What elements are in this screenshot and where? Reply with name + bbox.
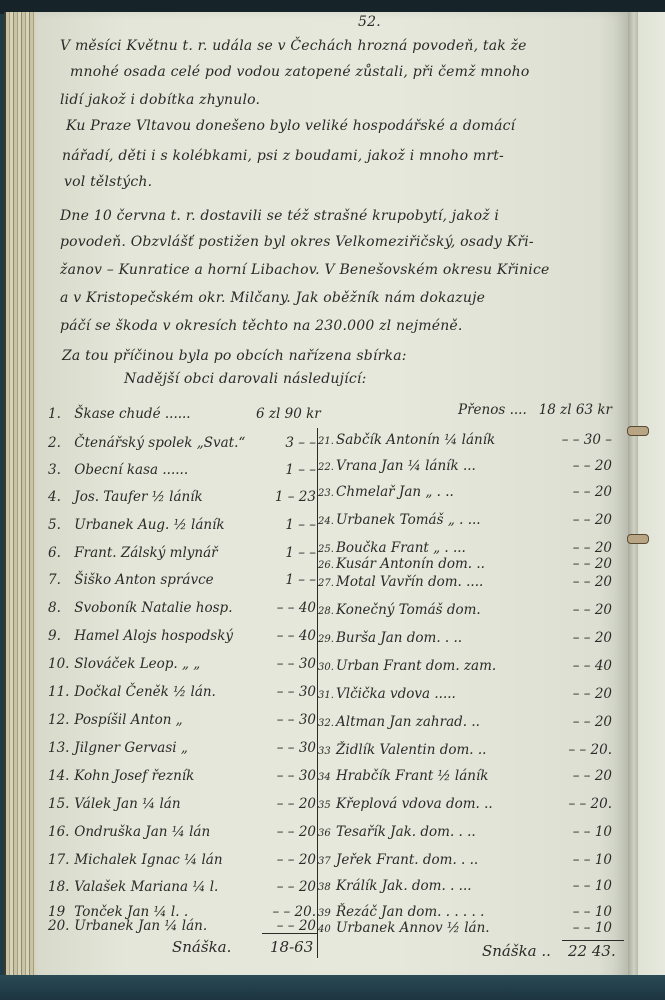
donor-row: 29.Burša Jan dom. . ..– – 20 bbox=[318, 630, 618, 652]
donor-row: 37Jeřek Frant. dom. . ..– – 10 bbox=[318, 852, 618, 874]
right-total-amount: 22 43. bbox=[568, 942, 616, 960]
sum-underline bbox=[262, 933, 318, 934]
donor-row: 1. Škase chudé ......6 zl 90 kr bbox=[48, 406, 318, 428]
donor-row: 10. Slováček Leop. „ „– – 30 bbox=[48, 656, 318, 678]
donor-row: 15. Válek Jan ¼ lán– – 20 bbox=[48, 796, 318, 818]
paragraph-line: Dne 10 června t. r. dostavili se též str… bbox=[60, 208, 499, 224]
donor-row: 28.Konečný Tomáš dom.– – 20 bbox=[318, 602, 618, 624]
donor-row: 17. Michalek Ignac ¼ lán– – 20 bbox=[48, 852, 318, 874]
book-spine bbox=[628, 12, 638, 980]
donor-row: 18. Valašek Mariana ¼ l.– – 20 bbox=[48, 879, 318, 901]
left-total-amount: 18-63 bbox=[270, 938, 313, 956]
paragraph-line: lidí jakož i dobítka zhynulo. bbox=[60, 92, 260, 108]
binding-stitch bbox=[627, 426, 649, 436]
donor-row: 4. Jos. Taufer ½ láník1 – 23 bbox=[48, 489, 318, 511]
donor-row: 23.Chmelař Jan „ . ..– – 20 bbox=[318, 484, 618, 506]
paragraph-line: žanov – Kunratice a horní Libachov. V Be… bbox=[60, 262, 550, 278]
donor-row: 34Hrabčík Frant ½ láník– – 20 bbox=[318, 768, 618, 790]
donor-row: 36Tesařík Jak. dom. . ..– – 10 bbox=[318, 824, 618, 846]
paragraph-line: a v Kristopečském okr. Milčany. Jak oběž… bbox=[60, 290, 485, 306]
donor-row: 27.Motal Vavřín dom. ....– – 20 bbox=[318, 574, 618, 596]
paragraph-line: mnohé osada celé pod vodou zatopené zůst… bbox=[70, 64, 530, 80]
donor-row: 24.Urbanek Tomáš „ . ...– – 20 bbox=[318, 512, 618, 534]
donor-row: 16. Ondruška Jan ¼ lán– – 20 bbox=[48, 824, 318, 846]
donor-row: 5. Urbanek Aug. ½ láník1 – – bbox=[48, 517, 318, 539]
donor-row: 22.Vrana Jan ¼ láník ...– – 20 bbox=[318, 458, 618, 480]
paragraph-line: vol tělstých. bbox=[64, 174, 152, 190]
donor-row: 3. Obecní kasa ......1 – – bbox=[48, 462, 318, 484]
donor-row: 30.Urban Frant dom. zam.– – 40 bbox=[318, 658, 618, 680]
donor-row: 31.Vlčička vdova .....– – 20 bbox=[318, 686, 618, 708]
donor-row: 7. Šiško Anton správce1 – – bbox=[48, 572, 318, 594]
background-bottom bbox=[0, 975, 665, 1000]
donor-row: 20. Urbanek Jan ¼ lán.– – 20 bbox=[48, 918, 318, 940]
right-total-label: Snáška .. bbox=[482, 942, 551, 960]
donor-row: 11. Dočkal Čeněk ½ lán.– – 30 bbox=[48, 684, 318, 706]
donor-row: 8. Svoboník Natalie hosp.– – 40 bbox=[48, 600, 318, 622]
donor-row: 14. Kohn Josef řezník– – 30 bbox=[48, 768, 318, 790]
page-number: 52. bbox=[358, 14, 381, 30]
paragraph-line: nářadí, děti i s kolébkami, psi z boudam… bbox=[62, 148, 504, 164]
donor-row: 40Urbanek Annov ½ lán.– – 10 bbox=[318, 920, 618, 942]
paragraph-line: páčí se škoda v okresích těchto na 230.0… bbox=[60, 318, 463, 334]
donor-row: 21.Sabčík Antonín ¼ láník– – 30 – bbox=[318, 432, 618, 454]
donor-row: 35Křeplová vdova dom. ..– – 20. bbox=[318, 796, 618, 818]
paragraph-line: Ku Praze Vltavou donešeno bylo veliké ho… bbox=[66, 118, 515, 134]
binding-stitch bbox=[627, 534, 649, 544]
paragraph-line: povodeň. Obzvlášť postižen byl okres Vel… bbox=[60, 234, 534, 250]
donor-row: 13. Jilgner Gervasi „– – 30 bbox=[48, 740, 318, 762]
paragraph-line: V měsíci Květnu t. r. udála se v Čechách… bbox=[60, 38, 527, 54]
paragraph-line: Za tou příčinou byla po obcích nařízena … bbox=[62, 348, 407, 364]
list-heading: Nadější obci darovali následující: bbox=[124, 371, 367, 387]
donor-row: 38Králík Jak. dom. . ...– – 10 bbox=[318, 878, 618, 900]
donor-row: 32.Altman Jan zahrad. ..– – 20 bbox=[318, 714, 618, 736]
book-page-edges bbox=[4, 12, 40, 982]
carry-forward-row: Přenos ....18 zl 63 kr bbox=[318, 402, 618, 424]
donor-row: 12. Pospíšil Anton „– – 30 bbox=[48, 712, 318, 734]
next-page-edge bbox=[638, 12, 665, 980]
sum-underline bbox=[562, 940, 624, 941]
left-total-label: Snáška. bbox=[172, 938, 231, 956]
donor-row: 33Židlík Valentin dom. ..– – 20. bbox=[318, 742, 618, 764]
donor-row: 6. Frant. Zálský mlynář1 – – bbox=[48, 545, 318, 567]
donor-row: 2. Čtenářský spolek „Svat.“3 – – bbox=[48, 435, 318, 457]
donor-row: 9. Hamel Alojs hospodský– – 40 bbox=[48, 628, 318, 650]
